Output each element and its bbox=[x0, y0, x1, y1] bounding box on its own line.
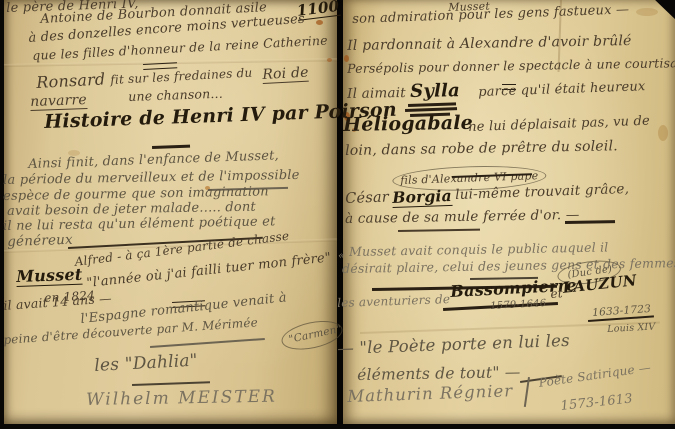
line-navarre: navarre bbox=[30, 93, 87, 111]
line-genereux: généreux bbox=[7, 234, 73, 250]
word-borgia: Borgia bbox=[392, 188, 452, 208]
word-sylla: Sylla bbox=[410, 82, 460, 101]
guillemet-mark: « bbox=[338, 250, 345, 261]
line-musset-heading: Musset bbox=[16, 267, 83, 287]
word-cesar: César bbox=[345, 190, 389, 206]
line-ronsard: Ronsard bbox=[36, 71, 106, 91]
word-et: et bbox=[550, 287, 563, 300]
manuscript-photo: le père de Henri IV, Antoine de Bourbon … bbox=[0, 0, 675, 429]
line-elements-de-tout: éléments de tout" — bbox=[357, 365, 521, 383]
line-aventuriers: les aventuriers de bbox=[337, 293, 450, 309]
line-roi-de: Roi de bbox=[262, 66, 309, 84]
stain-top-right bbox=[636, 8, 658, 16]
stain-rust-2 bbox=[327, 58, 332, 62]
line-wilhelm-meister: Wilhelm MEISTER bbox=[86, 389, 277, 409]
page-gutter bbox=[337, 0, 343, 424]
line-chanson: une chanson... bbox=[128, 88, 223, 104]
stain-edge-right bbox=[658, 125, 668, 141]
word-heliogabale: Héliogabale bbox=[343, 114, 473, 135]
line-il-aimait: Il aimait bbox=[347, 87, 406, 102]
note-louis-xiv: Louis XIV bbox=[607, 322, 656, 334]
stain-rust-1 bbox=[316, 20, 323, 25]
